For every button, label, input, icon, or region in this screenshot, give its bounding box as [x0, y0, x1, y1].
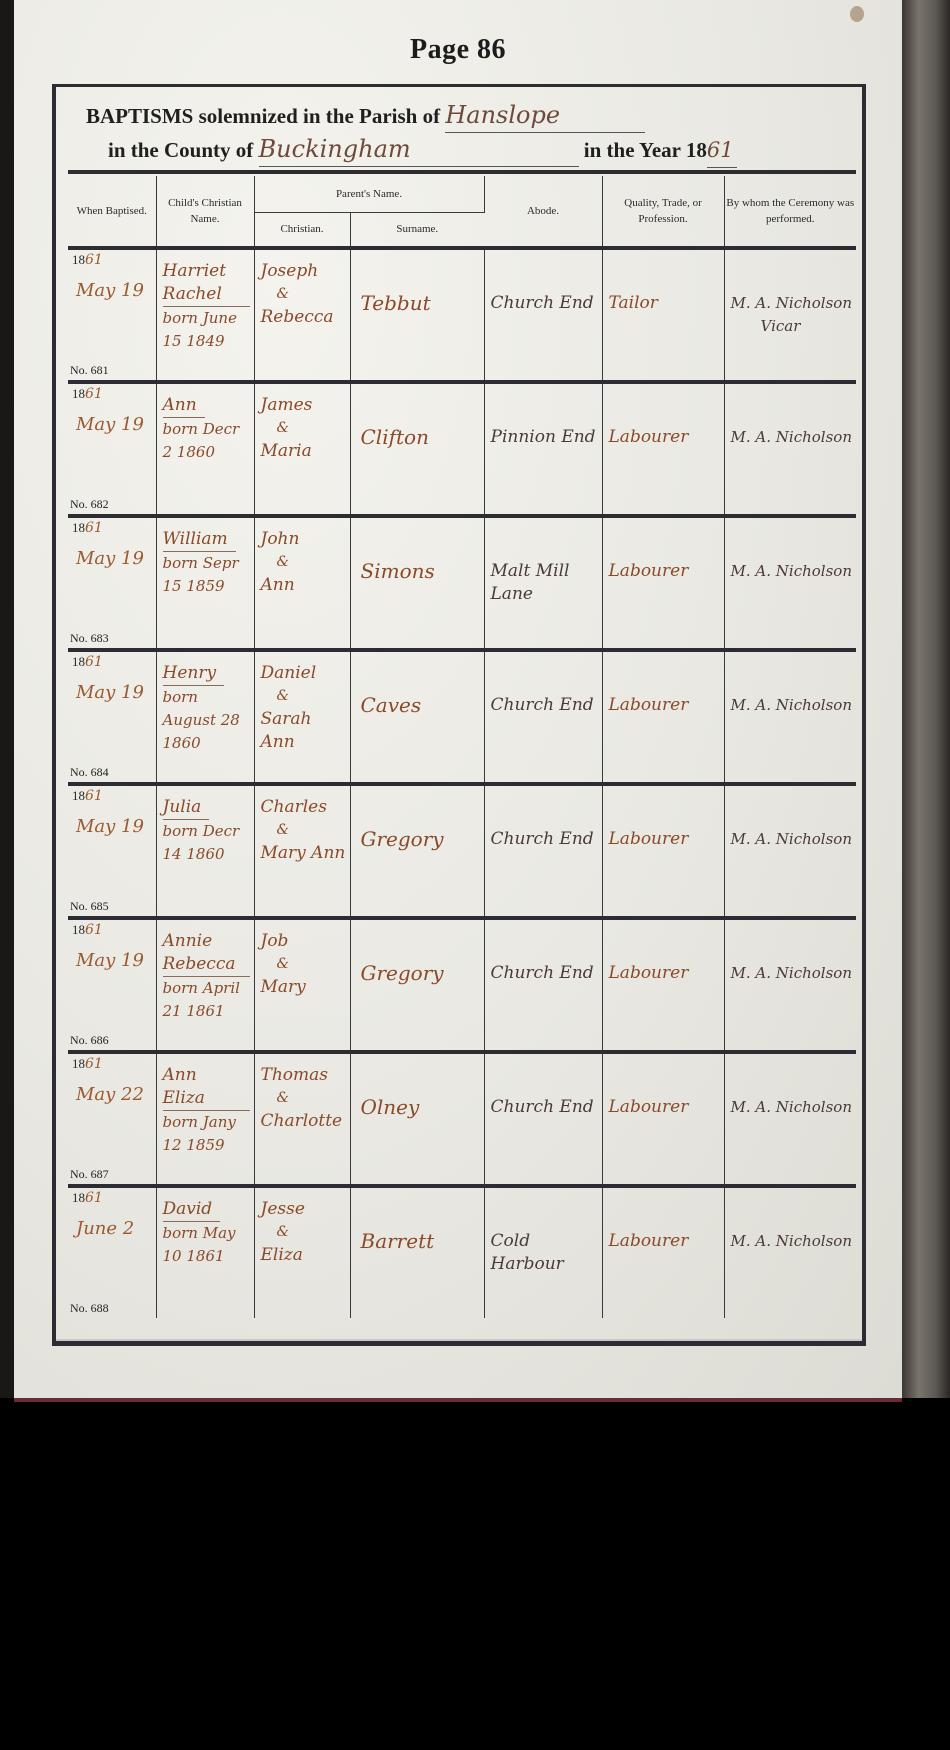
- col-parent-surname: Surname.: [350, 212, 484, 248]
- abode-cell: Church End: [484, 784, 602, 918]
- heading-text-1: solemnized in the Parish of: [199, 104, 441, 128]
- ampersand: &: [261, 819, 346, 842]
- surname-cell: Tebbut: [350, 248, 484, 382]
- register-entry: 1861 May 22 No. 687 Ann Eliza born Jany …: [68, 1052, 856, 1186]
- birth-date: born Decr 2 1860: [163, 418, 250, 464]
- parents-christian-cell: Joseph & Rebecca: [254, 248, 350, 382]
- child-name-cell: Henry born August 28 1860: [156, 650, 254, 784]
- entry-number: No. 687: [70, 1167, 109, 1182]
- col-parents-name: Parent's Name.: [254, 176, 484, 212]
- abode: Malt Mill Lane: [485, 518, 602, 606]
- heading-year-value: 61: [707, 133, 737, 168]
- officiant-cell: M. A. Nicholson: [724, 650, 856, 784]
- entry-number: No. 681: [70, 363, 109, 378]
- surname: Simons: [351, 518, 484, 583]
- officiant: M. A. Nicholson: [731, 562, 852, 580]
- entry-year: 1861: [72, 252, 103, 268]
- register-entry: 1861 May 19 No. 685 Julia born Decr 14 1…: [68, 784, 856, 918]
- baptism-date: May 22: [76, 1084, 144, 1105]
- surname: Caves: [351, 652, 484, 717]
- col-trade: Quality, Trade, or Profession.: [602, 176, 724, 248]
- entry-number: No. 682: [70, 497, 109, 512]
- birth-date: born April 21 1861: [163, 977, 250, 1023]
- abode: Church End: [485, 1054, 602, 1119]
- parish-name: Hanslope: [445, 98, 645, 133]
- trade: Labourer: [603, 652, 724, 717]
- child-name-cell: Ann Eliza born Jany 12 1859: [156, 1052, 254, 1186]
- register-entry: 1861 June 2 No. 688 David born May 10 18…: [68, 1186, 856, 1318]
- parents-christian-cell: Job & Mary: [254, 918, 350, 1052]
- child-name: David: [163, 1198, 221, 1222]
- register-entry: 1861 May 19 No. 682 Ann born Decr 2 1860…: [68, 382, 856, 516]
- child-name-cell: David born May 10 1861: [156, 1186, 254, 1318]
- trade-cell: Labourer: [602, 382, 724, 516]
- mother-name: Rebecca: [261, 307, 334, 327]
- surname: Gregory: [351, 786, 484, 851]
- baptism-date: May 19: [76, 950, 144, 971]
- baptism-date: May 19: [76, 280, 144, 301]
- register-entry: 1861 May 19 No. 684 Henry born August 28…: [68, 650, 856, 784]
- officiant: M. A. Nicholson: [731, 428, 852, 446]
- trade-cell: Labourer: [602, 1186, 724, 1318]
- page-title: Page 86: [14, 34, 902, 66]
- ampersand: &: [261, 953, 346, 976]
- when-baptised-cell: 1861 May 19 No. 682: [68, 382, 156, 516]
- register-heading: BAPTISMS solemnized in the Parish of Han…: [86, 98, 852, 166]
- register-entry: 1861 May 19 No. 686 Annie Rebecca born A…: [68, 918, 856, 1052]
- child-name: Annie Rebecca: [163, 930, 250, 977]
- mother-name: Sarah Ann: [261, 709, 312, 752]
- child-name: William: [163, 528, 236, 552]
- entry-year: 1861: [72, 922, 103, 938]
- entry-year: 1861: [72, 654, 103, 670]
- when-baptised-cell: 1861 June 2 No. 688: [68, 1186, 156, 1318]
- entry-year: 1861: [72, 520, 103, 536]
- book-spine: [902, 0, 950, 1398]
- trade-cell: Labourer: [602, 1052, 724, 1186]
- child-name: Harriet Rachel: [163, 260, 250, 307]
- abode-cell: Church End: [484, 1052, 602, 1186]
- when-baptised-cell: 1861 May 19 No. 685: [68, 784, 156, 918]
- when-baptised-cell: 1861 May 19 No. 681: [68, 248, 156, 382]
- register-entry: 1861 May 19 No. 683 William born Sepr 15…: [68, 516, 856, 650]
- surname-cell: Gregory: [350, 784, 484, 918]
- trade-cell: Labourer: [602, 516, 724, 650]
- abode-cell: Church End: [484, 650, 602, 784]
- mother-name: Maria: [261, 441, 312, 461]
- ampersand: &: [261, 283, 346, 306]
- officiant: M. A. Nicholson: [731, 696, 852, 714]
- trade-cell: Labourer: [602, 650, 724, 784]
- heading-text-2: in the County of: [108, 138, 253, 162]
- trade: Labourer: [603, 1188, 724, 1253]
- abode-cell: Pinnion End: [484, 382, 602, 516]
- col-child-name: Child's Christian Name.: [156, 176, 254, 248]
- father-name: Charles: [261, 797, 327, 817]
- officiant-cell: M. A. Nicholson: [724, 1052, 856, 1186]
- when-baptised-cell: 1861 May 22 No. 687: [68, 1052, 156, 1186]
- register-page: Page 86 BAPTISMS solemnized in the Paris…: [14, 0, 902, 1402]
- county-name: Buckingham: [259, 132, 579, 167]
- officiant-cell: M. A. Nicholson Vicar: [724, 248, 856, 382]
- officiant-cell: M. A. Nicholson: [724, 784, 856, 918]
- trade-cell: Labourer: [602, 784, 724, 918]
- trade: Labourer: [603, 1054, 724, 1119]
- officiant: M. A. Nicholson: [731, 294, 852, 312]
- when-baptised-cell: 1861 May 19 No. 684: [68, 650, 156, 784]
- trade: Labourer: [603, 384, 724, 449]
- father-name: James: [261, 395, 313, 415]
- surname: Clifton: [351, 384, 484, 449]
- baptism-date: May 19: [76, 682, 144, 703]
- abode-cell: Church End: [484, 918, 602, 1052]
- ampersand: &: [261, 417, 346, 440]
- entry-year: 1861: [72, 1056, 103, 1072]
- mother-name: Eliza: [261, 1245, 303, 1265]
- surname: Tebbut: [351, 250, 484, 315]
- birth-date: born May 10 1861: [163, 1222, 250, 1268]
- surname-cell: Caves: [350, 650, 484, 784]
- officiant: M. A. Nicholson: [731, 964, 852, 982]
- child-name: Julia: [163, 796, 210, 820]
- child-name-cell: Ann born Decr 2 1860: [156, 382, 254, 516]
- abode: Church End: [485, 250, 602, 315]
- father-name: Job: [261, 931, 289, 951]
- child-name-cell: William born Sepr 15 1859: [156, 516, 254, 650]
- father-name: Jesse: [261, 1199, 305, 1219]
- birth-date: born June 15 1849: [163, 307, 250, 353]
- register-entries: 1861 May 19 No. 681 Harriet Rachel born …: [68, 248, 856, 1318]
- trade: Labourer: [603, 786, 724, 851]
- birth-date: born Decr 14 1860: [163, 820, 250, 866]
- trade-cell: Labourer: [602, 918, 724, 1052]
- mother-name: Charlotte: [261, 1111, 343, 1131]
- col-abode: Abode.: [484, 176, 602, 248]
- entry-number: No. 685: [70, 899, 109, 914]
- abode: Pinnion End: [485, 384, 602, 449]
- parents-christian-cell: Thomas & Charlotte: [254, 1052, 350, 1186]
- baptism-date: May 19: [76, 414, 144, 435]
- father-name: Thomas: [261, 1065, 329, 1085]
- surname-cell: Simons: [350, 516, 484, 650]
- entry-number: No. 684: [70, 765, 109, 780]
- abode-cell: Cold Harbour: [484, 1186, 602, 1318]
- officiant-cell: M. A. Nicholson: [724, 516, 856, 650]
- entry-number: No. 688: [70, 1301, 109, 1316]
- trade: Labourer: [603, 920, 724, 985]
- officiant: M. A. Nicholson: [731, 830, 852, 848]
- birth-date: born August 28 1860: [163, 686, 250, 755]
- baptism-register-table: When Baptised. Child's Christian Name. P…: [68, 176, 856, 1318]
- surname-cell: Gregory: [350, 918, 484, 1052]
- entry-year: 1861: [72, 1190, 103, 1206]
- ampersand: &: [261, 685, 346, 708]
- col-by-whom: By whom the Ceremony was performed.: [724, 176, 856, 248]
- col-when-baptised: When Baptised.: [68, 176, 156, 248]
- surname-cell: Barrett: [350, 1186, 484, 1318]
- ampersand: &: [261, 1087, 346, 1110]
- trade-cell: Tailor: [602, 248, 724, 382]
- abode-cell: Church End: [484, 248, 602, 382]
- officiant: M. A. Nicholson: [731, 1232, 852, 1250]
- entry-number: No. 683: [70, 631, 109, 646]
- parents-christian-cell: James & Maria: [254, 382, 350, 516]
- baptism-date: May 19: [76, 816, 144, 837]
- when-baptised-cell: 1861 May 19 No. 686: [68, 918, 156, 1052]
- parents-christian-cell: Charles & Mary Ann: [254, 784, 350, 918]
- parents-christian-cell: Daniel & Sarah Ann: [254, 650, 350, 784]
- abode-cell: Malt Mill Lane: [484, 516, 602, 650]
- parents-christian-cell: Jesse & Eliza: [254, 1186, 350, 1318]
- trade: Tailor: [603, 250, 724, 315]
- entry-number: No. 686: [70, 1033, 109, 1048]
- abode: Church End: [485, 920, 602, 985]
- abode: Church End: [485, 652, 602, 717]
- officiant-cell: M. A. Nicholson: [724, 382, 856, 516]
- abode: Church End: [485, 786, 602, 851]
- heading-baptisms: BAPTISMS: [86, 104, 193, 128]
- trade: Labourer: [603, 518, 724, 583]
- surname-cell: Clifton: [350, 382, 484, 516]
- child-name-cell: Julia born Decr 14 1860: [156, 784, 254, 918]
- child-name: Ann Eliza: [163, 1064, 250, 1111]
- birth-date: born Jany 12 1859: [163, 1111, 250, 1157]
- entry-year: 1861: [72, 788, 103, 804]
- officiant: M. A. Nicholson: [731, 1098, 852, 1116]
- officiant-cell: M. A. Nicholson: [724, 918, 856, 1052]
- mother-name: Ann: [261, 575, 295, 595]
- officiant-cell: M. A. Nicholson: [724, 1186, 856, 1318]
- parents-christian-cell: John & Ann: [254, 516, 350, 650]
- child-name: Ann: [163, 394, 205, 418]
- surname: Barrett: [351, 1188, 484, 1253]
- father-name: John: [261, 529, 300, 549]
- when-baptised-cell: 1861 May 19 No. 683: [68, 516, 156, 650]
- father-name: Daniel: [261, 663, 317, 683]
- mother-name: Mary Ann: [261, 843, 346, 863]
- surname: Gregory: [351, 920, 484, 985]
- col-parent-christian: Christian.: [254, 212, 350, 248]
- register-frame: BAPTISMS solemnized in the Parish of Han…: [52, 84, 866, 1346]
- baptism-date: May 19: [76, 548, 144, 569]
- father-name: Joseph: [261, 261, 319, 281]
- ampersand: &: [261, 551, 346, 574]
- child-name-cell: Annie Rebecca born April 21 1861: [156, 918, 254, 1052]
- register-entry: 1861 May 19 No. 681 Harriet Rachel born …: [68, 248, 856, 382]
- entry-year: 1861: [72, 386, 103, 402]
- mother-name: Mary: [261, 977, 306, 997]
- paper-stain: [850, 6, 864, 22]
- surname-cell: Olney: [350, 1052, 484, 1186]
- child-name-cell: Harriet Rachel born June 15 1849: [156, 248, 254, 382]
- heading-year-label: in the Year 18: [584, 138, 707, 162]
- ampersand: &: [261, 1221, 346, 1244]
- heading-rule: [68, 170, 856, 174]
- child-name: Henry: [163, 662, 225, 686]
- officiant-title: Vicar: [731, 315, 853, 338]
- birth-date: born Sepr 15 1859: [163, 552, 250, 598]
- surname: Olney: [351, 1054, 484, 1119]
- baptism-date: June 2: [76, 1218, 134, 1239]
- book-edge-left: [0, 0, 14, 1398]
- abode: Cold Harbour: [485, 1188, 602, 1276]
